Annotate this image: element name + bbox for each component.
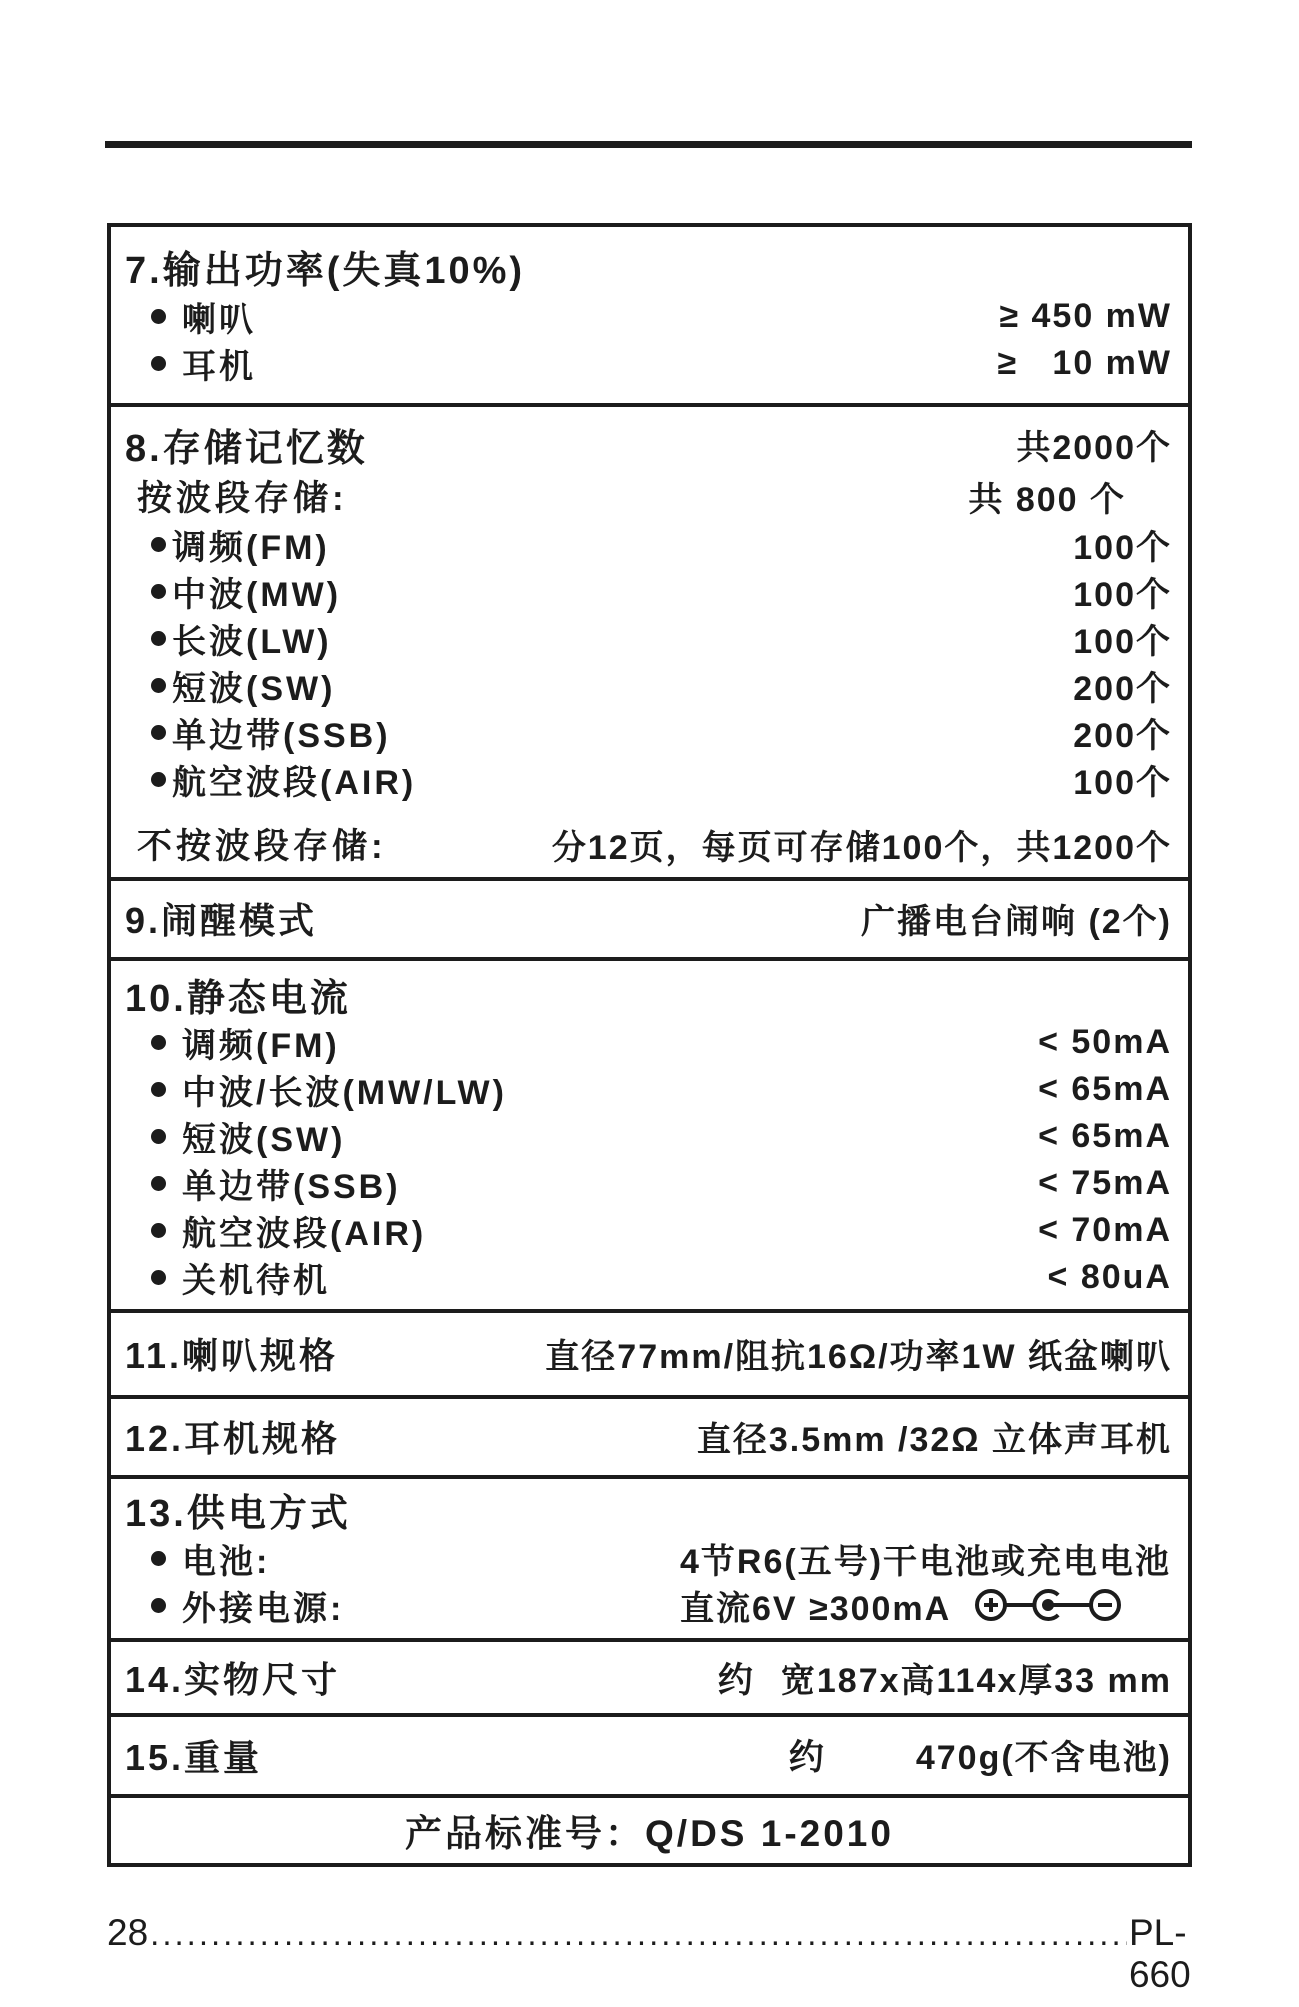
spec-table: 7.输出功率(失真10%) 喇叭 ≥ 450 mW 耳机 ≥ 10 mW 8.存… — [107, 223, 1192, 1867]
spec-row-quiescent-current: 10.静态电流 调频(FM) < 50mA 中波/长波(MW/LW) < 65m… — [111, 961, 1188, 1313]
bullet-icon — [151, 584, 166, 599]
item-label: 按波段存储: — [125, 471, 348, 521]
bullet-icon — [151, 1129, 166, 1144]
item-value: ≥ 450 mW — [999, 297, 1172, 336]
item-value: 100个 — [1073, 567, 1172, 616]
item-value: < 70mA — [1038, 1211, 1172, 1250]
spec-item: 中波/长波(MW/LW) < 65mA — [111, 1066, 1188, 1113]
page-number: 28 — [107, 1912, 148, 1954]
item-value: 广播电台闹响 (2个) — [861, 894, 1172, 943]
model-number: PL-660 — [1129, 1912, 1192, 1996]
item-label: 中波(MW) — [172, 567, 341, 616]
spec-row-speaker-spec: 11.喇叭规格 直径77mm/阻抗16Ω/功率1W 纸盆喇叭 — [111, 1313, 1188, 1399]
leader-dots: ........................................… — [150, 1915, 1127, 1953]
item-value: 100个 — [1073, 614, 1172, 663]
item-value: 4节R6(五号)干电池或充电电池 — [680, 1534, 1172, 1583]
item-value-text: 470g(不含电池) — [916, 1739, 1172, 1777]
spec-line: 按波段存储: 共 800 个 — [111, 471, 1188, 521]
spec-line: 14.实物尺寸 约宽187x高114x厚33 mm — [111, 1642, 1188, 1713]
spec-item: 长波(LW) 100个 — [111, 615, 1188, 662]
item-label: 航空波段(AIR) — [172, 755, 416, 804]
row-title: 7.输出功率(失真10%) — [111, 239, 1188, 293]
product-standard-text: 产品标准号：Q/DS 1-2010 — [405, 1803, 894, 1857]
spec-line: 12.耳机规格 直径3.5mm /32Ω 立体声耳机 — [111, 1399, 1188, 1475]
spec-item: 短波(SW) 200个 — [111, 662, 1188, 709]
row-title: 9.闹醒模式 — [125, 893, 317, 944]
spec-item: 外接电源: 直流6V ≥300mA — [111, 1582, 1188, 1629]
approx-label: 约 — [718, 1661, 753, 1700]
bullet-icon — [151, 537, 166, 552]
item-label: 耳机 — [182, 339, 256, 388]
bullet-icon — [151, 1270, 166, 1285]
spec-item: 航空波段(AIR) 100个 — [111, 756, 1188, 803]
item-value-text: 4节R6(五号)干电池或充电电池 — [680, 1534, 1171, 1583]
spec-row-dimensions: 14.实物尺寸 约宽187x高114x厚33 mm — [111, 1642, 1188, 1717]
spec-item: 调频(FM) < 50mA — [111, 1019, 1188, 1066]
item-label: 短波(SW) — [182, 1112, 345, 1161]
item-label: 单边带(SSB) — [182, 1159, 401, 1208]
item-label: 不按波段存储: — [125, 819, 387, 869]
spec-row-product-standard: 产品标准号：Q/DS 1-2010 — [111, 1798, 1188, 1863]
spec-row-output-power: 7.输出功率(失真10%) 喇叭 ≥ 450 mW 耳机 ≥ 10 mW — [111, 227, 1188, 407]
page-footer: 28 .....................................… — [107, 1912, 1192, 1996]
header-rule — [105, 141, 1192, 148]
manual-page: 7.输出功率(失真10%) 喇叭 ≥ 450 mW 耳机 ≥ 10 mW 8.存… — [0, 0, 1299, 2007]
row-title: 15.重量 — [125, 1730, 262, 1781]
item-value: 分12页，每页可存储100个，共1200个 — [552, 820, 1172, 869]
spec-line: 不按波段存储: 分12页，每页可存储100个，共1200个 — [111, 819, 1188, 869]
spec-line: 11.喇叭规格 直径77mm/阻抗16Ω/功率1W 纸盆喇叭 — [111, 1313, 1188, 1395]
dc-polarity-icon — [973, 1586, 1123, 1624]
bullet-icon — [151, 678, 166, 693]
item-value: 200个 — [1073, 661, 1172, 710]
spec-row-power-supply: 13.供电方式 电池: 4节R6(五号)干电池或充电电池 外接电源: 直流6V … — [111, 1479, 1188, 1642]
row-title: 8.存储记忆数 — [125, 417, 368, 472]
bullet-icon — [151, 1551, 166, 1566]
spec-item: 喇叭 ≥ 450 mW — [111, 293, 1188, 340]
spec-item: 短波(SW) < 65mA — [111, 1113, 1188, 1160]
spec-item: 调频(FM) 100个 — [111, 521, 1188, 568]
item-label: 单边带(SSB) — [172, 708, 391, 757]
item-value: 100个 — [1073, 520, 1172, 569]
row-title: 11.喇叭规格 — [125, 1328, 338, 1379]
spec-item: 航空波段(AIR) < 70mA — [111, 1207, 1188, 1254]
item-value: ≥ 10 mW — [997, 344, 1172, 383]
bullet-icon — [151, 1035, 166, 1050]
row-title: 13.供电方式 — [111, 1485, 1188, 1535]
spec-row-memory: 8.存储记忆数 共2000个 按波段存储: 共 800 个 调频(FM) 100… — [111, 407, 1188, 881]
bullet-icon — [151, 356, 166, 371]
approx-label: 约 — [789, 1738, 824, 1777]
bullet-icon — [151, 309, 166, 324]
item-value: 100个 — [1073, 755, 1172, 804]
item-value: < 80uA — [1048, 1258, 1172, 1297]
spec-item: 中波(MW) 100个 — [111, 568, 1188, 615]
bullet-icon — [151, 772, 166, 787]
spec-line: 15.重量 约470g(不含电池) — [111, 1717, 1188, 1793]
row-title: 12.耳机规格 — [125, 1411, 340, 1462]
row-title: 14.实物尺寸 — [125, 1652, 340, 1703]
spec-line: 9.闹醒模式 广播电台闹响 (2个) — [111, 881, 1188, 957]
spec-line: 8.存储记忆数 共2000个 — [111, 417, 1188, 471]
item-label: 短波(SW) — [172, 661, 335, 710]
item-value: < 65mA — [1038, 1117, 1172, 1156]
spec-item: 单边带(SSB) 200个 — [111, 709, 1188, 756]
item-value: < 50mA — [1038, 1023, 1172, 1062]
item-label: 关机待机 — [182, 1253, 330, 1302]
item-value: 直径77mm/阻抗16Ω/功率1W 纸盆喇叭 — [545, 1329, 1172, 1378]
spec-item: 电池: 4节R6(五号)干电池或充电电池 — [111, 1535, 1188, 1582]
item-label: 中波/长波(MW/LW) — [182, 1065, 507, 1114]
item-value: 共2000个 — [1016, 420, 1172, 469]
bullet-icon — [151, 725, 166, 740]
bullet-icon — [151, 631, 166, 646]
bullet-icon — [151, 1082, 166, 1097]
item-value: 约470g(不含电池) — [789, 1730, 1172, 1780]
item-label: 航空波段(AIR) — [182, 1206, 426, 1255]
item-label: 调频(FM) — [182, 1018, 340, 1067]
item-label: 调频(FM) — [172, 520, 330, 569]
item-value: 共 800 个 — [968, 472, 1172, 521]
item-value-text: 宽187x高114x厚33 mm — [781, 1662, 1172, 1700]
item-label: 喇叭 — [182, 292, 256, 341]
spec-item: 关机待机 < 80uA — [111, 1254, 1188, 1301]
item-label: 电池: — [182, 1534, 270, 1583]
item-value: < 65mA — [1038, 1070, 1172, 1109]
spec-row-alarm-mode: 9.闹醒模式 广播电台闹响 (2个) — [111, 881, 1188, 961]
bullet-icon — [151, 1176, 166, 1191]
bullet-icon — [151, 1223, 166, 1238]
item-value: < 75mA — [1038, 1164, 1172, 1203]
row-title: 10.静态电流 — [111, 971, 1188, 1019]
item-label: 外接电源: — [182, 1581, 344, 1630]
spec-item: 单边带(SSB) < 75mA — [111, 1160, 1188, 1207]
item-value: 200个 — [1073, 708, 1172, 757]
spec-item: 耳机 ≥ 10 mW — [111, 340, 1188, 387]
spec-row-weight: 15.重量 约470g(不含电池) — [111, 1717, 1188, 1797]
bullet-icon — [151, 1598, 166, 1613]
item-value-text: 直流6V ≥300mA — [680, 1581, 951, 1630]
item-value: 约宽187x高114x厚33 mm — [718, 1653, 1172, 1703]
item-value: 直流6V ≥300mA — [680, 1581, 1172, 1630]
spec-row-earphone-spec: 12.耳机规格 直径3.5mm /32Ω 立体声耳机 — [111, 1399, 1188, 1479]
item-label: 长波(LW) — [172, 614, 332, 663]
item-value: 直径3.5mm /32Ω 立体声耳机 — [697, 1412, 1172, 1461]
